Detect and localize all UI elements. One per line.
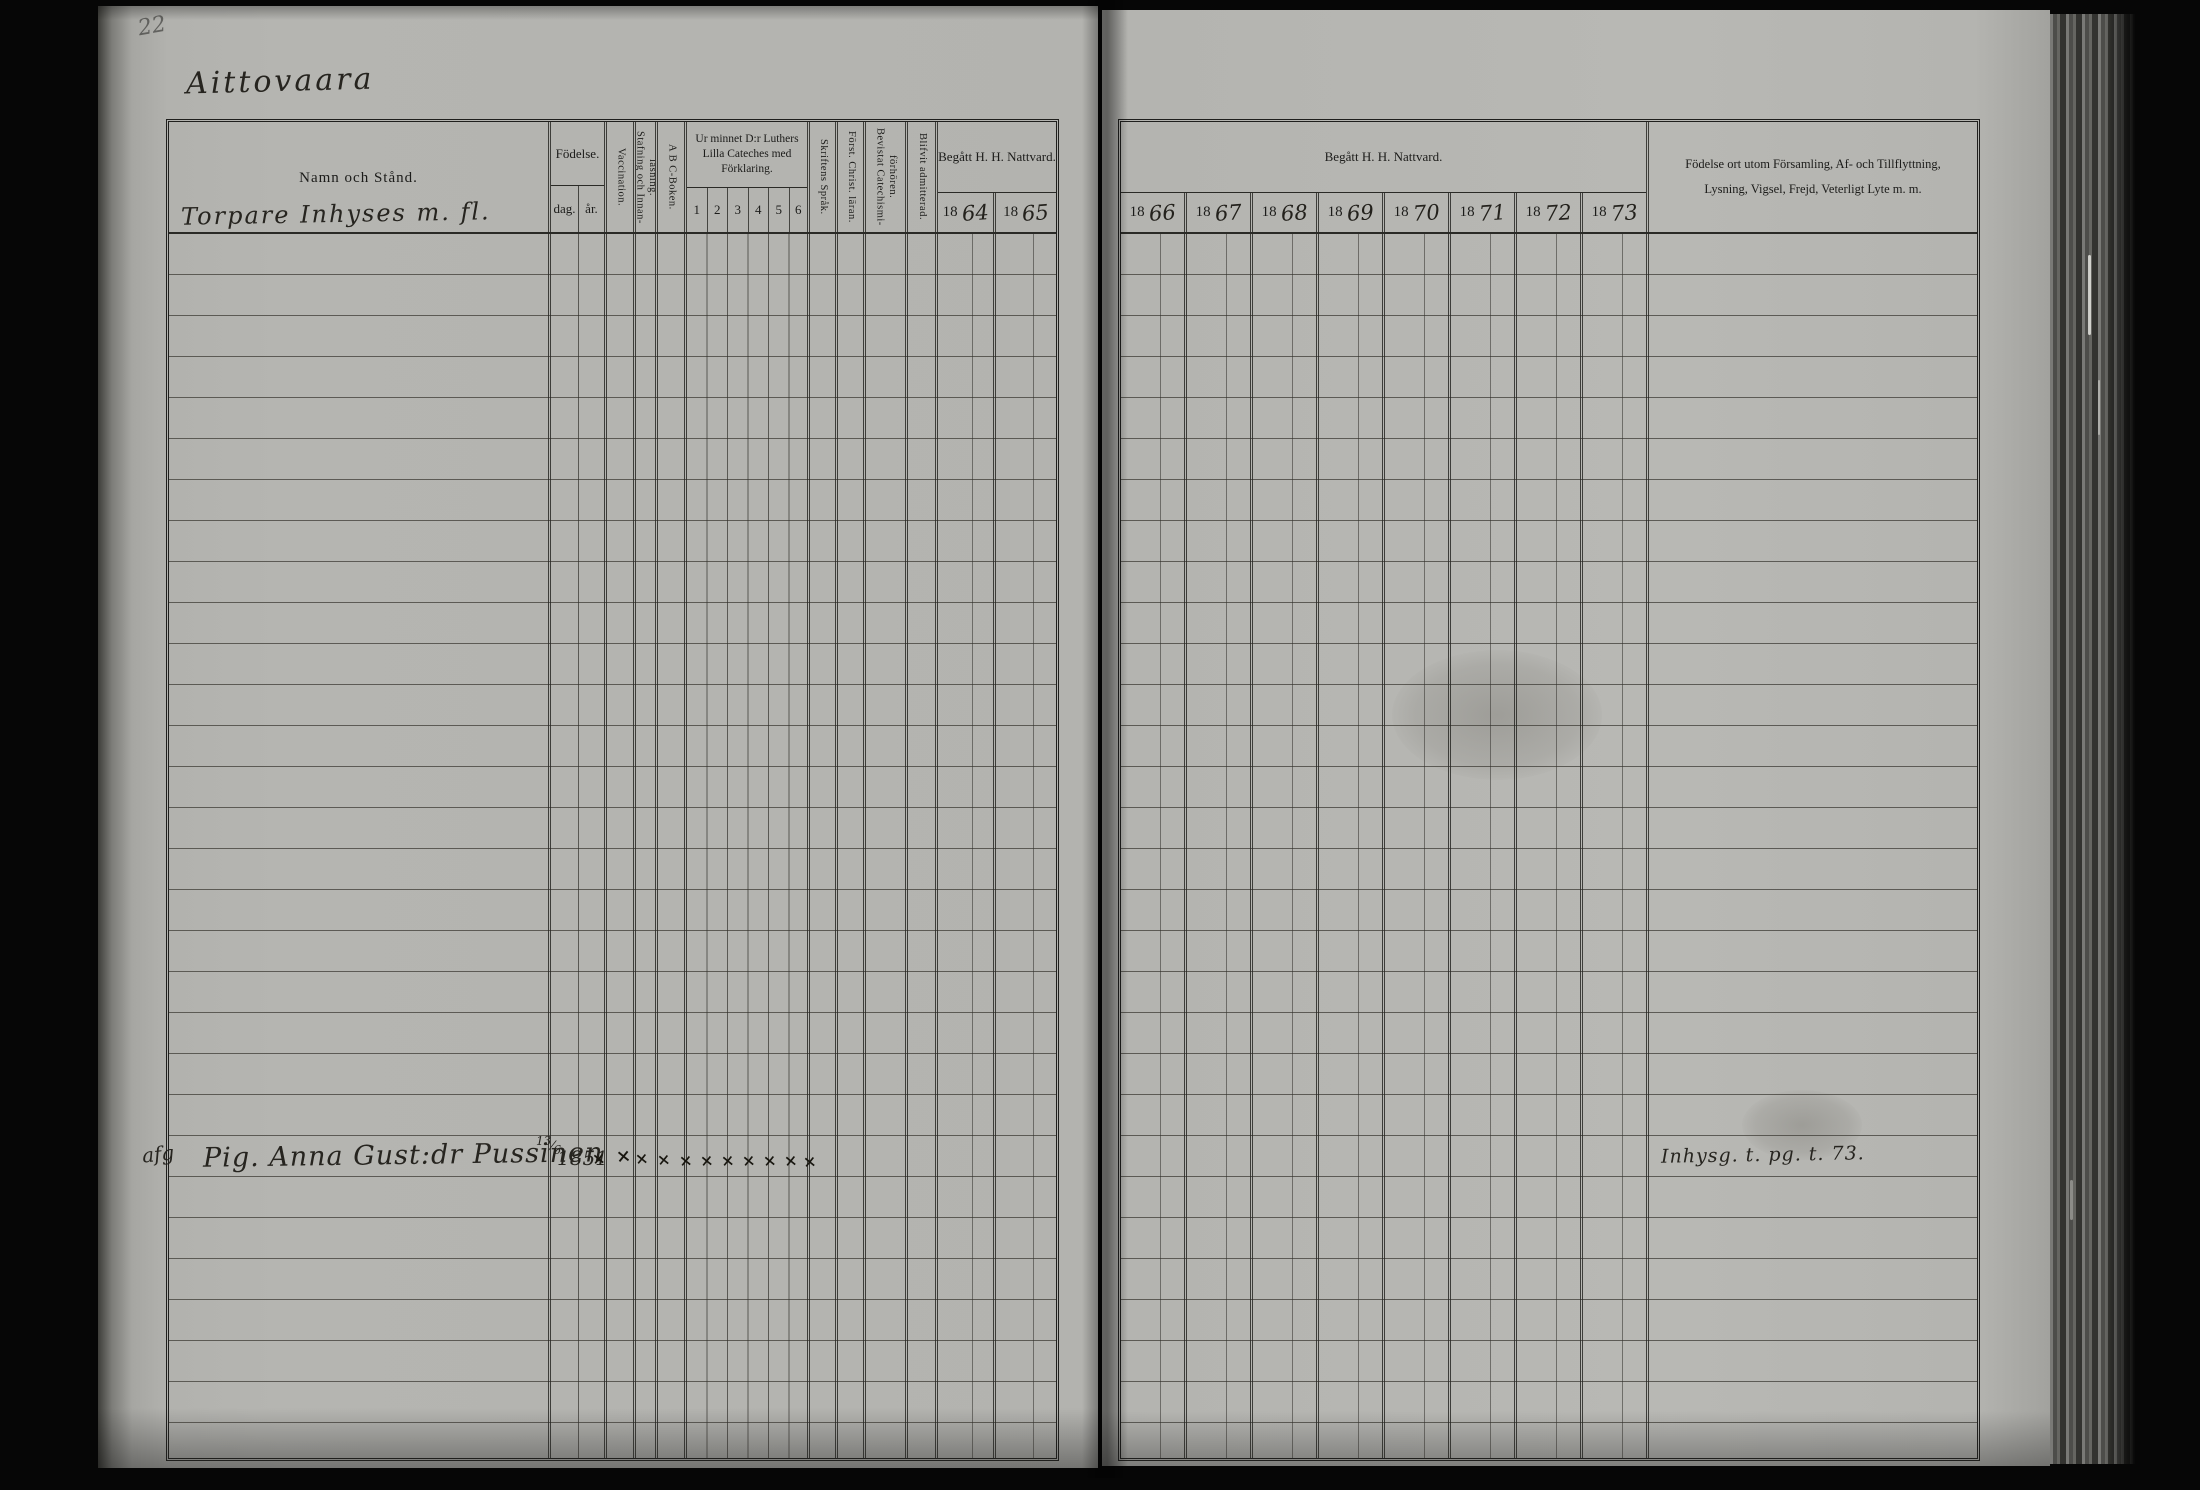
year-cell-1868: 1868	[1253, 193, 1319, 232]
table-body-column	[1187, 234, 1253, 1458]
left-record-table: Namn och Stånd. Torpare Inhyses m. fl. F…	[166, 119, 1059, 1461]
birth-label: Födelse.	[551, 122, 604, 186]
birth-year-label: år.	[579, 186, 604, 232]
table-body-column	[1385, 234, 1451, 1458]
right-table-body	[1121, 234, 1977, 1458]
table-body-column	[169, 234, 551, 1458]
table-body-column	[1517, 234, 1583, 1458]
year-cell-1866: 1866	[1121, 193, 1187, 232]
table-body-column	[1253, 234, 1319, 1458]
year-cell-1869: 1869	[1319, 193, 1385, 232]
notes-header-line2: Lysning, Vigsel, Frejd, Veterligt Lyte m…	[1704, 182, 1921, 197]
year-digits-handwritten: 69	[1346, 200, 1374, 226]
year-prefix: 18	[1262, 204, 1277, 221]
left-table-body	[169, 234, 1056, 1458]
year-cell-1867: 1867	[1187, 193, 1253, 232]
table-body-column	[1121, 234, 1187, 1458]
year-prefix: 18	[1592, 204, 1607, 221]
edge-highlight	[2070, 1180, 2073, 1220]
year-prefix: 18	[1394, 204, 1409, 221]
notes-header-line1: Födelse ort utom Församling, Af- och Til…	[1685, 157, 1941, 172]
year-digits-handwritten: 70	[1412, 200, 1440, 226]
col-header-spelling-reading: Stafning och Innan-läsning.	[636, 122, 658, 232]
table-body-column	[636, 234, 658, 1458]
year-cell-1870: 1870	[1385, 193, 1451, 232]
col-header-admitted: Blifvit admitterad.	[908, 122, 938, 232]
col-header-attended-examinations: Bevistat Catechismi-förhören.	[866, 122, 908, 232]
col-header-communion-right: Begått H. H. Nattvard. 1866 1867 1868 18…	[1121, 122, 1649, 232]
catechism-col-4: 4	[749, 188, 770, 232]
communion-label-right: Begått H. H. Nattvard.	[1121, 122, 1646, 193]
year-digits-handwritten: 64	[961, 200, 989, 226]
year-cell-1871: 1871	[1451, 193, 1517, 232]
table-body-column	[1319, 234, 1385, 1458]
col-header-scripture-language: Skriftens Språk.	[810, 122, 838, 232]
left-table-header: Namn och Stånd. Torpare Inhyses m. fl. F…	[169, 122, 1056, 234]
year-prefix: 18	[1328, 204, 1343, 221]
year-prefix: 18	[1526, 204, 1541, 221]
year-digits-handwritten: 71	[1478, 200, 1506, 226]
col-header-catechism: Ur minnet D:r Luthers Lilla Cateches med…	[687, 122, 810, 232]
right-record-table: Begått H. H. Nattvard. 1866 1867 1868 18…	[1118, 119, 1980, 1461]
catechism-label: Ur minnet D:r Luthers Lilla Cateches med…	[687, 122, 807, 188]
year-cell-1865: 18 65	[996, 193, 1056, 232]
right-table-header: Begått H. H. Nattvard. 1866 1867 1868 18…	[1121, 122, 1977, 234]
communion-label-left: Begått H. H. Nattvard.	[938, 122, 1056, 193]
name-status-subtitle-handwritten: Torpare Inhyses m. fl.	[181, 197, 491, 230]
table-body-column	[810, 234, 838, 1458]
birth-day-label: dag.	[551, 186, 579, 232]
edge-highlight	[2088, 255, 2091, 335]
year-cell-1873: 1873	[1583, 193, 1646, 232]
table-body-column	[838, 234, 866, 1458]
abc-book-label: A B C-Boken.	[665, 144, 678, 210]
edge-highlight	[2098, 380, 2100, 435]
year-prefix: 18	[1460, 204, 1475, 221]
table-body-column	[607, 234, 636, 1458]
col-header-understanding-christianity: Först. Christ. läran.	[838, 122, 866, 232]
scripture-language-label: Skriftens Språk.	[816, 139, 829, 215]
year-prefix: 18	[943, 204, 958, 221]
year-prefix: 18	[1003, 204, 1018, 221]
year-digits-handwritten: 73	[1610, 200, 1638, 226]
table-body-column	[687, 234, 810, 1458]
year-digits-handwritten: 65	[1021, 200, 1049, 226]
catechism-col-3: 3	[728, 188, 749, 232]
year-cell-1872: 1872	[1517, 193, 1583, 232]
col-header-vaccination: Vaccination.	[607, 122, 636, 232]
vaccination-label: Vaccination.	[614, 148, 627, 206]
year-prefix: 18	[1130, 204, 1145, 221]
col-header-name-status: Namn och Stånd. Torpare Inhyses m. fl.	[169, 122, 551, 232]
year-digits-handwritten: 66	[1148, 200, 1176, 226]
year-prefix: 18	[1196, 204, 1211, 221]
table-body-column	[1451, 234, 1517, 1458]
name-status-label: Namn och Stånd.	[169, 170, 548, 187]
col-header-abc-book: A B C-Boken.	[658, 122, 687, 232]
table-body-column	[1583, 234, 1649, 1458]
page-stack-edge	[2050, 14, 2136, 1464]
understanding-christianity-label: Först. Christ. läran.	[844, 131, 857, 223]
year-digits-handwritten: 68	[1280, 200, 1308, 226]
page-corner-number-handwritten: 22	[136, 12, 168, 41]
table-body-column	[938, 234, 1056, 1458]
catechism-col-2: 2	[708, 188, 729, 232]
catechism-col-5: 5	[769, 188, 790, 232]
table-body-column	[1649, 234, 1977, 1458]
table-body-column	[866, 234, 908, 1458]
catechism-col-6: 6	[790, 188, 808, 232]
admitted-label: Blifvit admitterad.	[915, 133, 928, 220]
spelling-reading-label: Stafning och Innan-läsning.	[636, 123, 658, 231]
scanned-church-record: 22 Aittovaara afg Namn och Stånd. Torpar…	[0, 0, 2200, 1490]
table-body-column	[908, 234, 938, 1458]
catechism-col-1: 1	[687, 188, 708, 232]
col-header-communion-left: Begått H. H. Nattvard. 18 64 18 65	[938, 122, 1056, 232]
col-header-notes: Födelse ort utom Församling, Af- och Til…	[1649, 122, 1977, 232]
attended-examinations-label: Bevistat Catechismi-förhören.	[873, 123, 898, 231]
year-digits-handwritten: 72	[1544, 200, 1572, 226]
table-body-column	[551, 234, 607, 1458]
village-title-handwritten: Aittovaara	[186, 62, 375, 102]
year-digits-handwritten: 67	[1214, 200, 1242, 226]
table-body-column	[658, 234, 687, 1458]
year-cell-1864: 18 64	[938, 193, 996, 232]
col-header-birth: Födelse. dag. år.	[551, 122, 607, 232]
